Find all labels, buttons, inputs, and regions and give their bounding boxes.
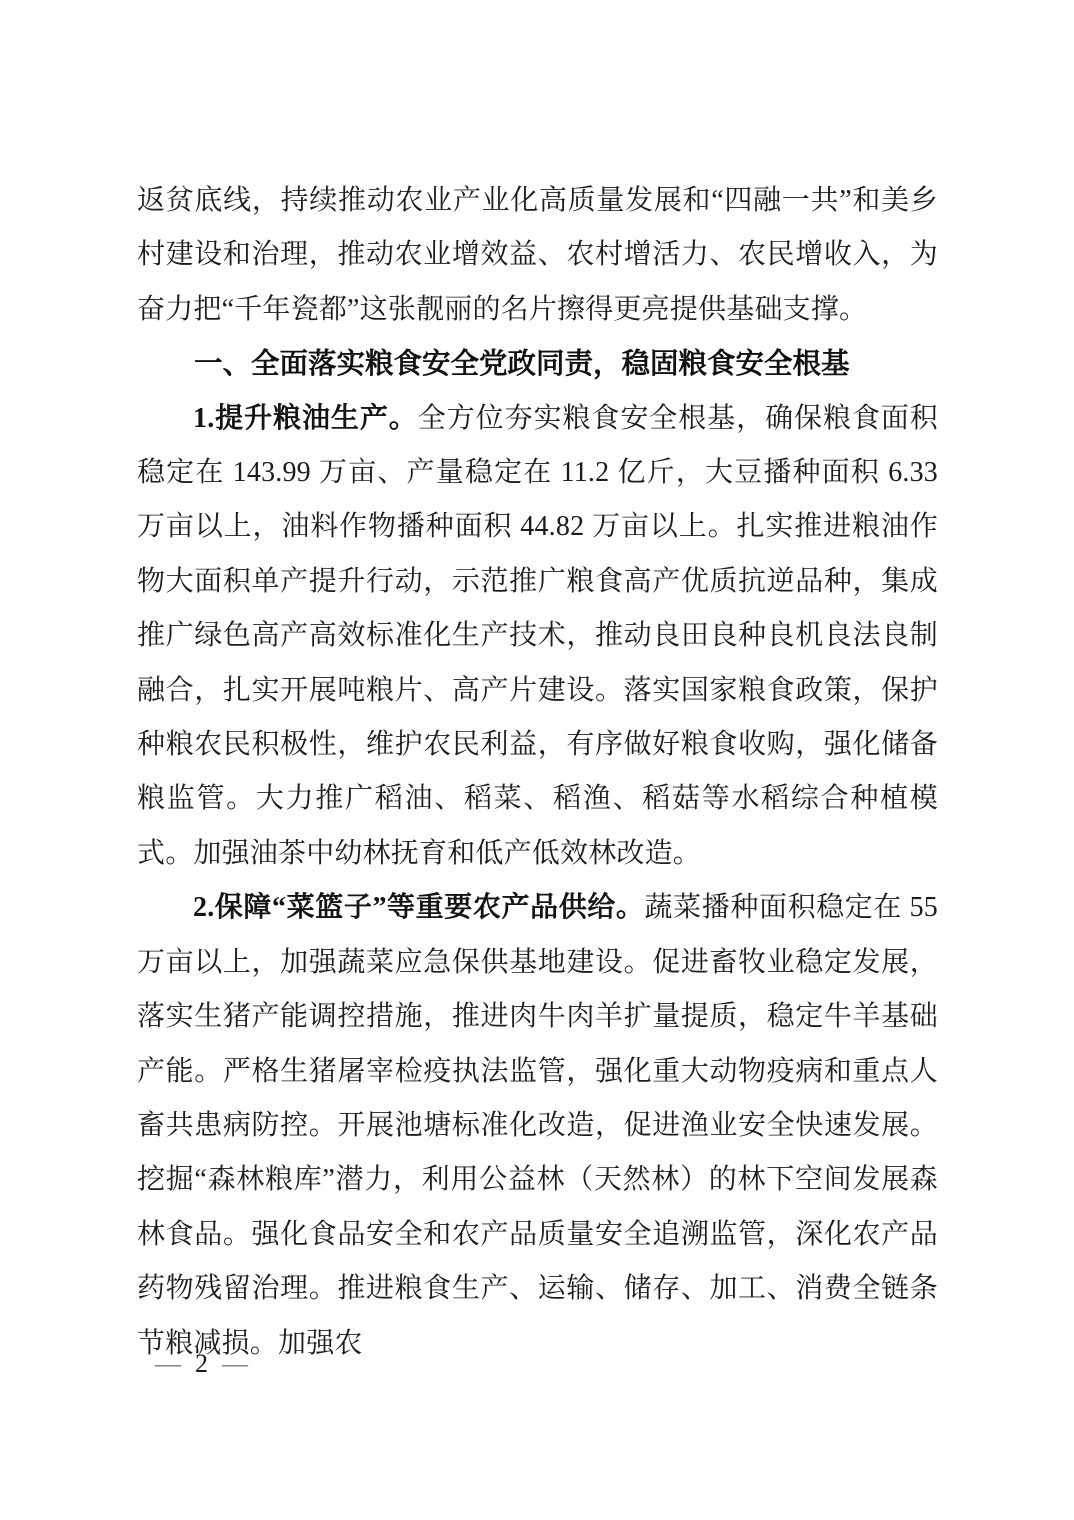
footer-dash-left: — bbox=[155, 1349, 181, 1378]
document-body: 返贫底线，持续推动农业产业化高质量发展和“四融一共”和美乡村建设和治理，推动农业… bbox=[137, 174, 938, 1371]
item-1-body: 全方位夯实粮食安全根基，确保粮食面积稳定在 143.99 万亩、产量稳定在 11… bbox=[137, 403, 938, 869]
footer-dash-right: — bbox=[222, 1349, 248, 1378]
intro-paragraph: 返贫底线，持续推动农业产业化高质量发展和“四融一共”和美乡村建设和治理，推动农业… bbox=[137, 174, 938, 337]
item-1-paragraph: 1.提升粮油生产。全方位夯实粮食安全根基，确保粮食面积稳定在 143.99 万亩… bbox=[137, 392, 938, 882]
item-1-lead: 1.提升粮油生产。 bbox=[193, 403, 418, 434]
page-footer: —2— bbox=[155, 1349, 248, 1379]
page-number: 2 bbox=[195, 1349, 208, 1378]
item-2-body: 蔬菜播种面积稳定在 55 万亩以上，加强蔬菜应急保供基地建设。促进畜牧业稳定发展… bbox=[137, 892, 938, 1358]
item-2-lead: 2.保障“菜篮子”等重要农产品供给。 bbox=[193, 892, 645, 923]
section-heading: 一、全面落实粮食安全党政同责，稳固粮食安全根基 bbox=[137, 337, 938, 391]
item-2-paragraph: 2.保障“菜篮子”等重要农产品供给。蔬菜播种面积稳定在 55 万亩以上，加强蔬菜… bbox=[137, 881, 938, 1371]
document-page: 返贫底线，持续推动农业产业化高质量发展和“四融一共”和美乡村建设和治理，推动农业… bbox=[0, 0, 1074, 1520]
